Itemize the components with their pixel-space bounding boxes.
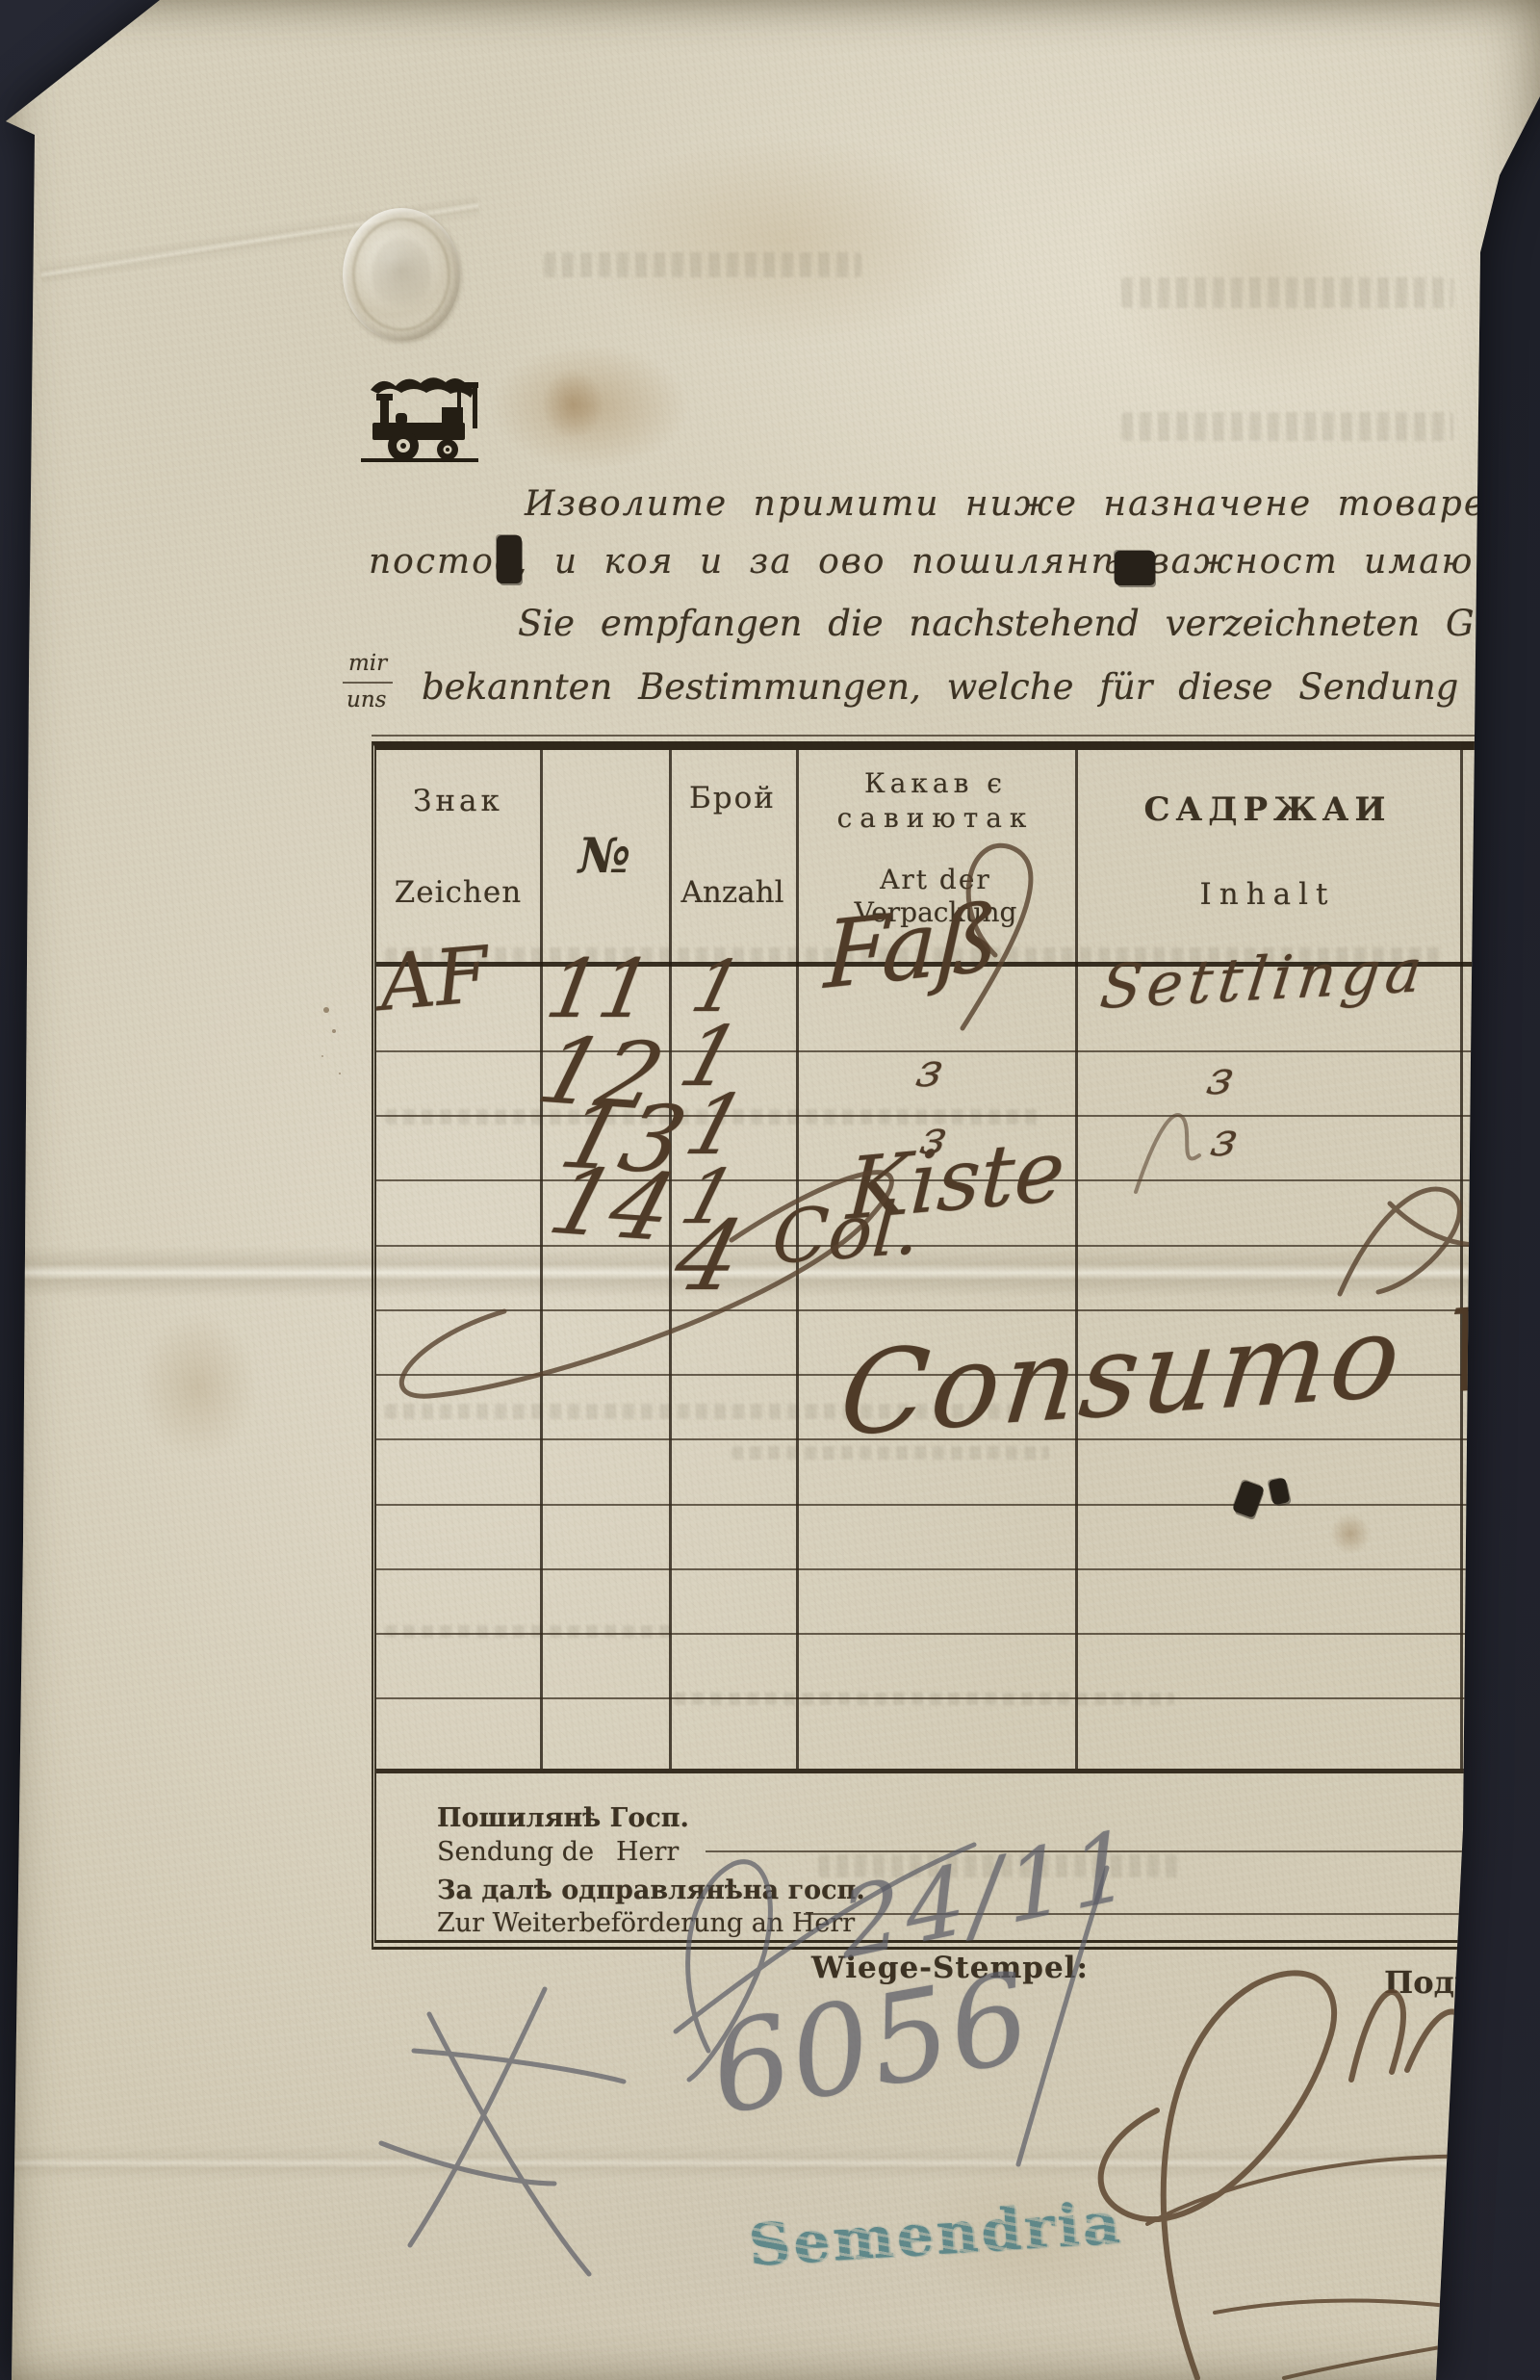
hw-verpackung-fass: Faß — [823, 891, 1000, 1002]
fold-crease — [0, 2145, 1540, 2180]
col-header-anzahl-sr: Брой — [669, 781, 796, 815]
bleedthrough-text — [1121, 277, 1453, 308]
col-header-verpackung-sr: Какав є — [796, 767, 1075, 799]
hw-zeichen-mark: AF — [376, 936, 492, 1022]
stain — [486, 342, 693, 472]
intro-serbian-line1: Изволите примити ниже назначене товаре н… — [525, 484, 1540, 524]
row-line — [376, 1697, 1540, 1699]
row-line — [376, 1633, 1540, 1635]
bleedthrough-text — [1121, 412, 1453, 441]
col-header-inhalt-sr: САДРЖАИ — [1075, 790, 1460, 829]
pencil-number: 6056 — [703, 1956, 1040, 2134]
margin-note-divider — [343, 682, 393, 684]
intro-german-line1: Sie empfangen die nachstehend verzeichne… — [518, 603, 1540, 644]
hw-verpackung-col: Col. — [770, 1191, 921, 1275]
col-header-zeichen-de: Zeichen — [376, 875, 540, 910]
intro-german-line2: bekannten Bestimmungen, welche für diese… — [422, 666, 1540, 708]
locomotive-icon — [361, 377, 478, 462]
stain — [1097, 144, 1424, 395]
ink-blot — [497, 535, 522, 583]
col-header-zeichen-sr: Знак — [376, 784, 540, 818]
row-line — [376, 1568, 1540, 1570]
weiter-label-sr: За далѣ одправлянѣна госп. — [437, 1876, 865, 1905]
photo-background: Изволите примити ниже назначене товаре н… — [0, 0, 1540, 2380]
margin-note-uns: uns — [346, 687, 386, 712]
col-header-no: № — [540, 827, 669, 884]
podpis-label: Подпис — [1384, 1964, 1519, 2001]
station-stamp: Semendria — [747, 2189, 1125, 2280]
sendung-label-herr: Herr — [616, 1837, 679, 1867]
embossed-seal — [343, 208, 460, 341]
sendung-label-de: Sendung de — [437, 1837, 594, 1867]
table-top-rule — [372, 735, 1540, 737]
signature — [1101, 1973, 1540, 2378]
col-header-verpackung-sr2: савиютак — [796, 802, 1075, 834]
body-bottom-rule — [376, 1769, 1540, 1773]
stain — [577, 135, 991, 347]
stain — [135, 1309, 260, 1463]
column-divider — [540, 750, 543, 1769]
col-header-inhalt-de: Inhalt — [1075, 877, 1460, 912]
waybill-document: Изволите примити ниже назначене товаре н… — [0, 0, 1540, 2380]
ink-speckles — [323, 1007, 329, 1013]
stain — [539, 366, 606, 443]
weiter-label-de: Zur Weiterbeförderung an Herr — [437, 1908, 855, 1938]
ink-blot — [1115, 551, 1155, 585]
sendung-label-sr: Пошилянѣ Госп. — [437, 1803, 689, 1833]
hw-inhalt-word: Settlinga — [1097, 941, 1430, 1018]
col-header-anzahl-de: Anzahl — [669, 875, 796, 910]
row-line — [376, 1504, 1540, 1506]
column-divider — [1460, 750, 1463, 1769]
margin-note-mir: mir — [348, 651, 387, 676]
intro-serbian-line2: постоє, и коя и за ово пошилянѣ важност … — [369, 542, 1487, 582]
bleedthrough-text — [544, 252, 861, 277]
